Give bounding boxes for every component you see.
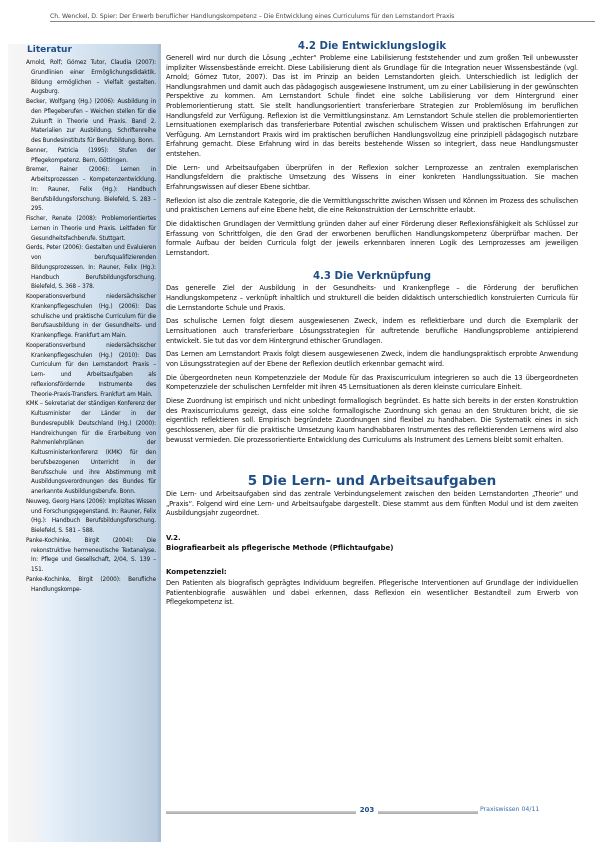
paragraph: Die übergeordneten neun Kompetenzziele d…	[166, 374, 578, 393]
paragraph: Das generelle Ziel der Ausbildung in der…	[166, 284, 578, 313]
reference-item: Kooperationsverbund niedersächsischer Kr…	[26, 342, 156, 401]
page-number: 203	[356, 806, 378, 814]
reference-item: Gerds, Peter (2006): Gestalten und Evalu…	[26, 244, 156, 293]
paragraph: Die Lern- und Arbeitsaufgaben sind das z…	[166, 490, 578, 519]
section-4-3: 4.3 Die Verknüpfung Das generelle Ziel d…	[166, 270, 578, 445]
competence-text: Den Patienten als biografisch geprägtes …	[166, 579, 578, 608]
paragraph: Generell wird nur durch die Lösung „echt…	[166, 54, 578, 160]
task-title: Biografiearbeit als pflegerische Methode…	[166, 543, 578, 553]
paragraph: Reflexion ist also die zentrale Kategori…	[166, 197, 578, 216]
reference-item: Bremer, Rainer (2006): Lernen in Arbeits…	[26, 166, 156, 215]
main-column: 4.2 Die Entwicklungslogik Generell wird …	[166, 40, 578, 612]
section-4-2: 4.2 Die Entwicklungslogik Generell wird …	[166, 40, 578, 258]
chapter-heading: 5 Die Lern- und Arbeitsaufgaben	[166, 473, 578, 490]
footer-rule-left	[166, 811, 356, 814]
literature-heading: Literatur	[27, 45, 72, 55]
running-header: Ch. Wenckel, D. Spier: Der Erwerb berufl…	[50, 13, 595, 22]
reference-item: Benner, Patricia (1995): Stufen der Pfle…	[26, 147, 156, 167]
paragraph: Die Lern- und Arbeitsaufgaben überprüfen…	[166, 164, 578, 193]
journal-name: Praxiswissen 04/11	[480, 806, 539, 813]
paragraph: Die didaktischen Grundlagen der Vermittl…	[166, 220, 578, 258]
footer-rule-right	[378, 811, 478, 814]
paragraph: Das schulische Lernen folgt diesem ausge…	[166, 317, 578, 346]
reference-item: Panke-Kochinke, Birgit (2004): Die rekon…	[26, 537, 156, 576]
reference-item: Panke-Kochinke, Birgit (2000): Beruflich…	[26, 576, 156, 596]
paragraph: Diese Zuordnung ist empirisch und nicht …	[166, 397, 578, 445]
reference-item: Arnold, Rolf; Gómez Tutor, Claudia (2007…	[26, 59, 156, 98]
reference-item: KMK – Sekretariat der ständigen Konferen…	[26, 400, 156, 498]
sidebar-edge-divider	[158, 44, 161, 842]
reference-item: Kooperationsverbund niedersächsischer Kr…	[26, 293, 156, 342]
section-5: 5 Die Lern- und Arbeitsaufgaben Die Lern…	[166, 473, 578, 608]
paragraph: Das Lernen am Lernstandort Praxis folgt …	[166, 350, 578, 369]
reference-item: Fischer, Renate (2008): Problemorientier…	[26, 215, 156, 244]
reference-item: Neuweg, Georg Hans (2006): Implizites Wi…	[26, 498, 156, 537]
section-heading: 4.2 Die Entwicklungslogik	[166, 40, 578, 54]
reference-item: Becker, Wolfgang (Hg.) (2006): Ausbildun…	[26, 98, 156, 147]
task-code: V.2.	[166, 533, 578, 543]
competence-label: Kompetenzziel:	[166, 567, 578, 577]
reference-list: Arnold, Rolf; Gómez Tutor, Claudia (2007…	[26, 59, 156, 595]
section-heading: 4.3 Die Verknüpfung	[166, 270, 578, 284]
